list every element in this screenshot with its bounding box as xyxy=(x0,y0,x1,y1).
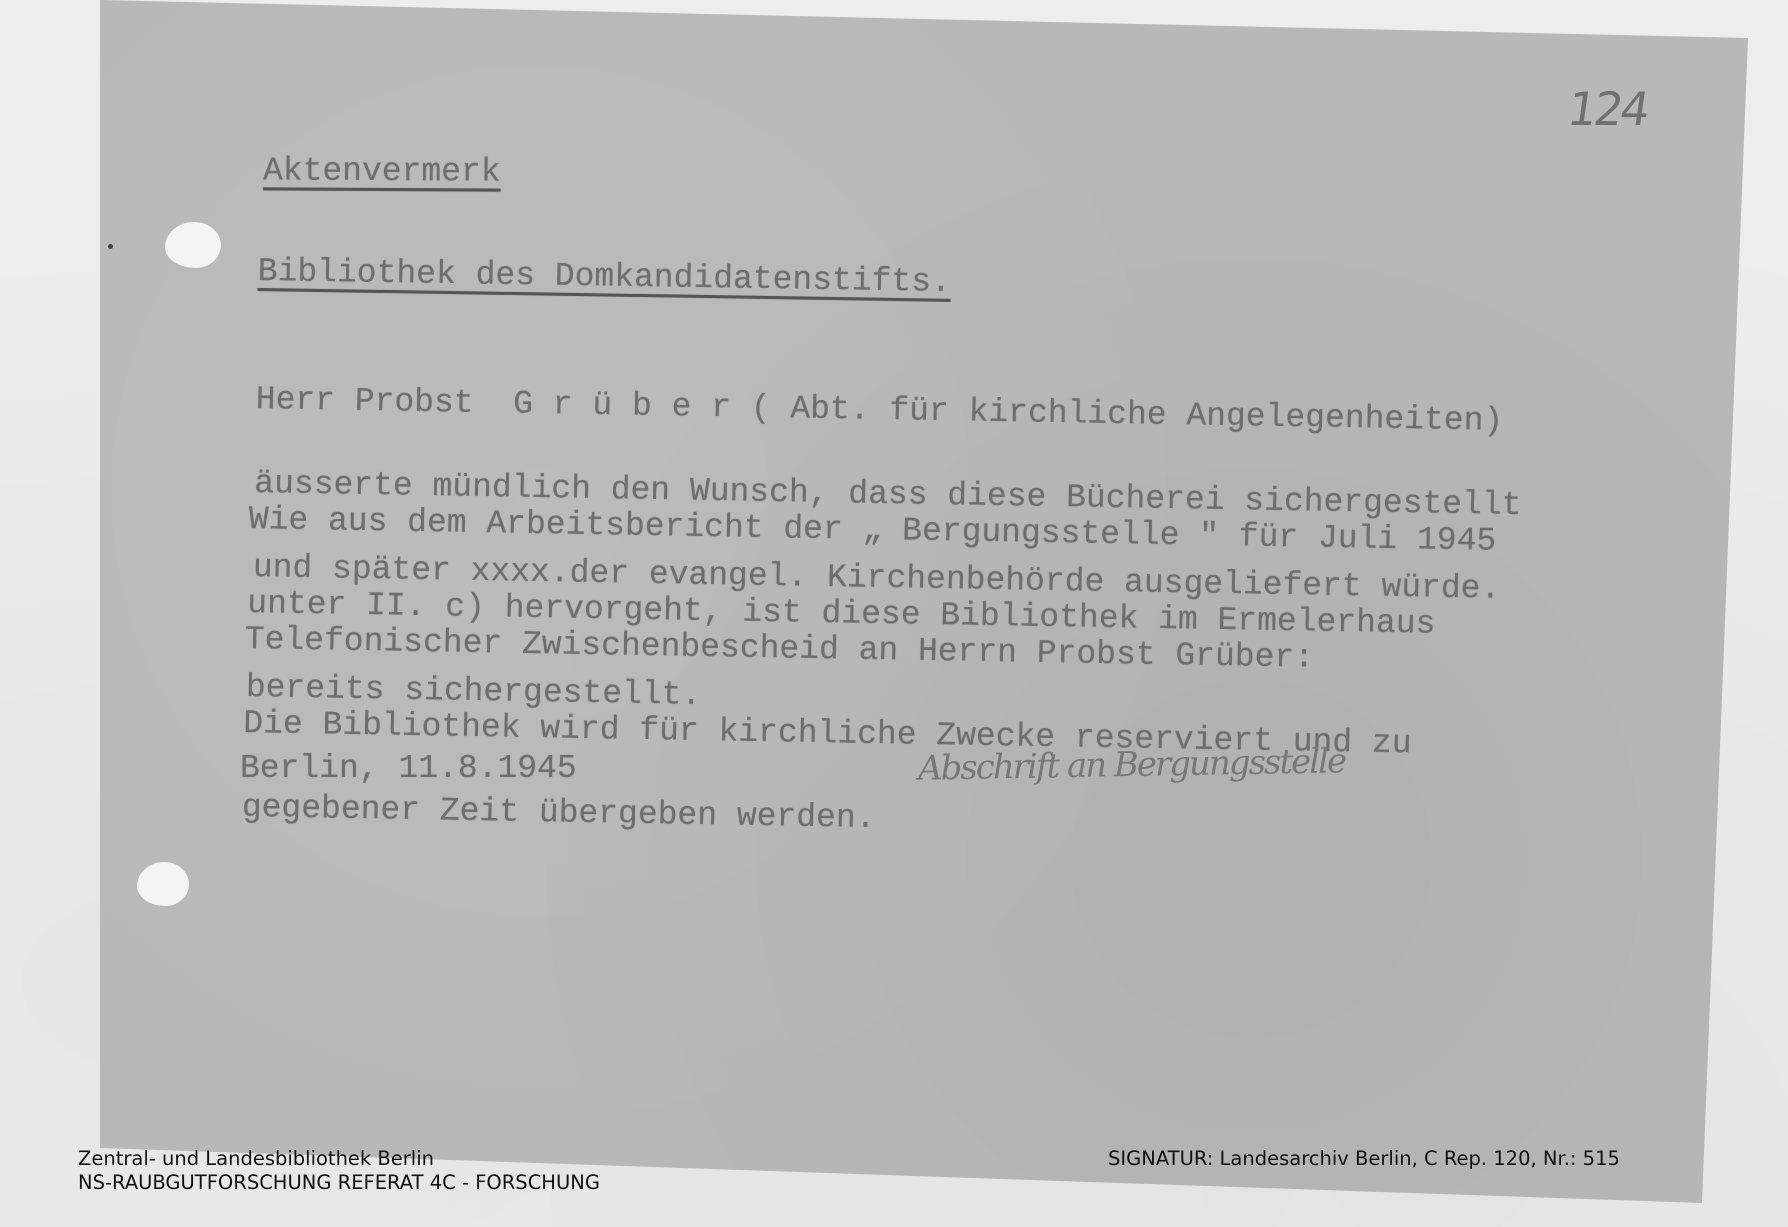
paragraph-line: Telefonischer Zwischenbescheid an Herrn … xyxy=(245,626,1414,674)
ink-speck xyxy=(108,244,113,249)
punch-hole-bottom xyxy=(137,862,189,906)
paragraph-line: Herr Probst G r ü b e r ( Abt. für kirch… xyxy=(256,386,1524,436)
document-heading: Aktenvermerk xyxy=(263,157,501,186)
punch-hole-top xyxy=(165,222,221,268)
department-name: NS-RAUBGUTFORSCHUNG REFERAT 4C - FORSCHU… xyxy=(78,1171,600,1195)
footer-institution: Zentral- und Landesbibliothek Berlin NS-… xyxy=(78,1147,600,1195)
archive-signature: SIGNATUR: Landesarchiv Berlin, C Rep. 12… xyxy=(1108,1147,1620,1171)
paragraph-3: Telefonischer Zwischenbescheid an Herrn … xyxy=(241,570,1414,870)
place-date: Berlin, 11.8.1945 xyxy=(240,755,577,783)
paragraph-line: Wie aus dem Arbeitsbericht der „ Bergung… xyxy=(249,506,1497,556)
institution-name: Zentral- und Landesbibliothek Berlin xyxy=(78,1147,600,1171)
paragraph-line: gegebener Zeit übergeben werden. xyxy=(242,794,1411,842)
handwritten-note: Abschrift an Bergungsstelle xyxy=(918,741,1346,788)
page-number: 124 xyxy=(1564,82,1650,136)
document-subject: Bibliothek des Domkandidatenstifts. xyxy=(258,258,951,297)
